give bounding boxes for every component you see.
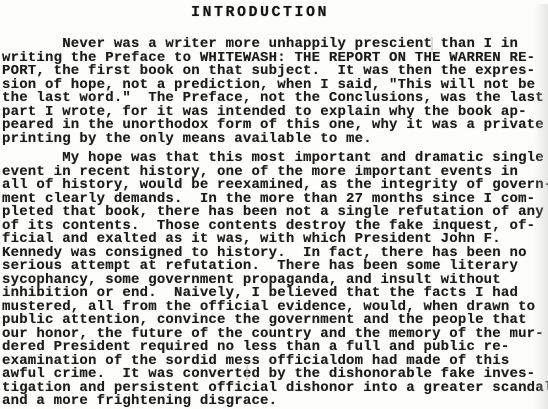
paragraph-2: My hope was that this most important and… xyxy=(2,152,548,409)
paragraph-1: Never was a writer more unhappily presci… xyxy=(2,38,548,146)
document-body: Never was a writer more unhappily presci… xyxy=(2,38,548,409)
page-title: INTRODUCTION xyxy=(0,4,534,21)
document-page: INTRODUCTION Never was a writer more unh… xyxy=(0,4,548,409)
